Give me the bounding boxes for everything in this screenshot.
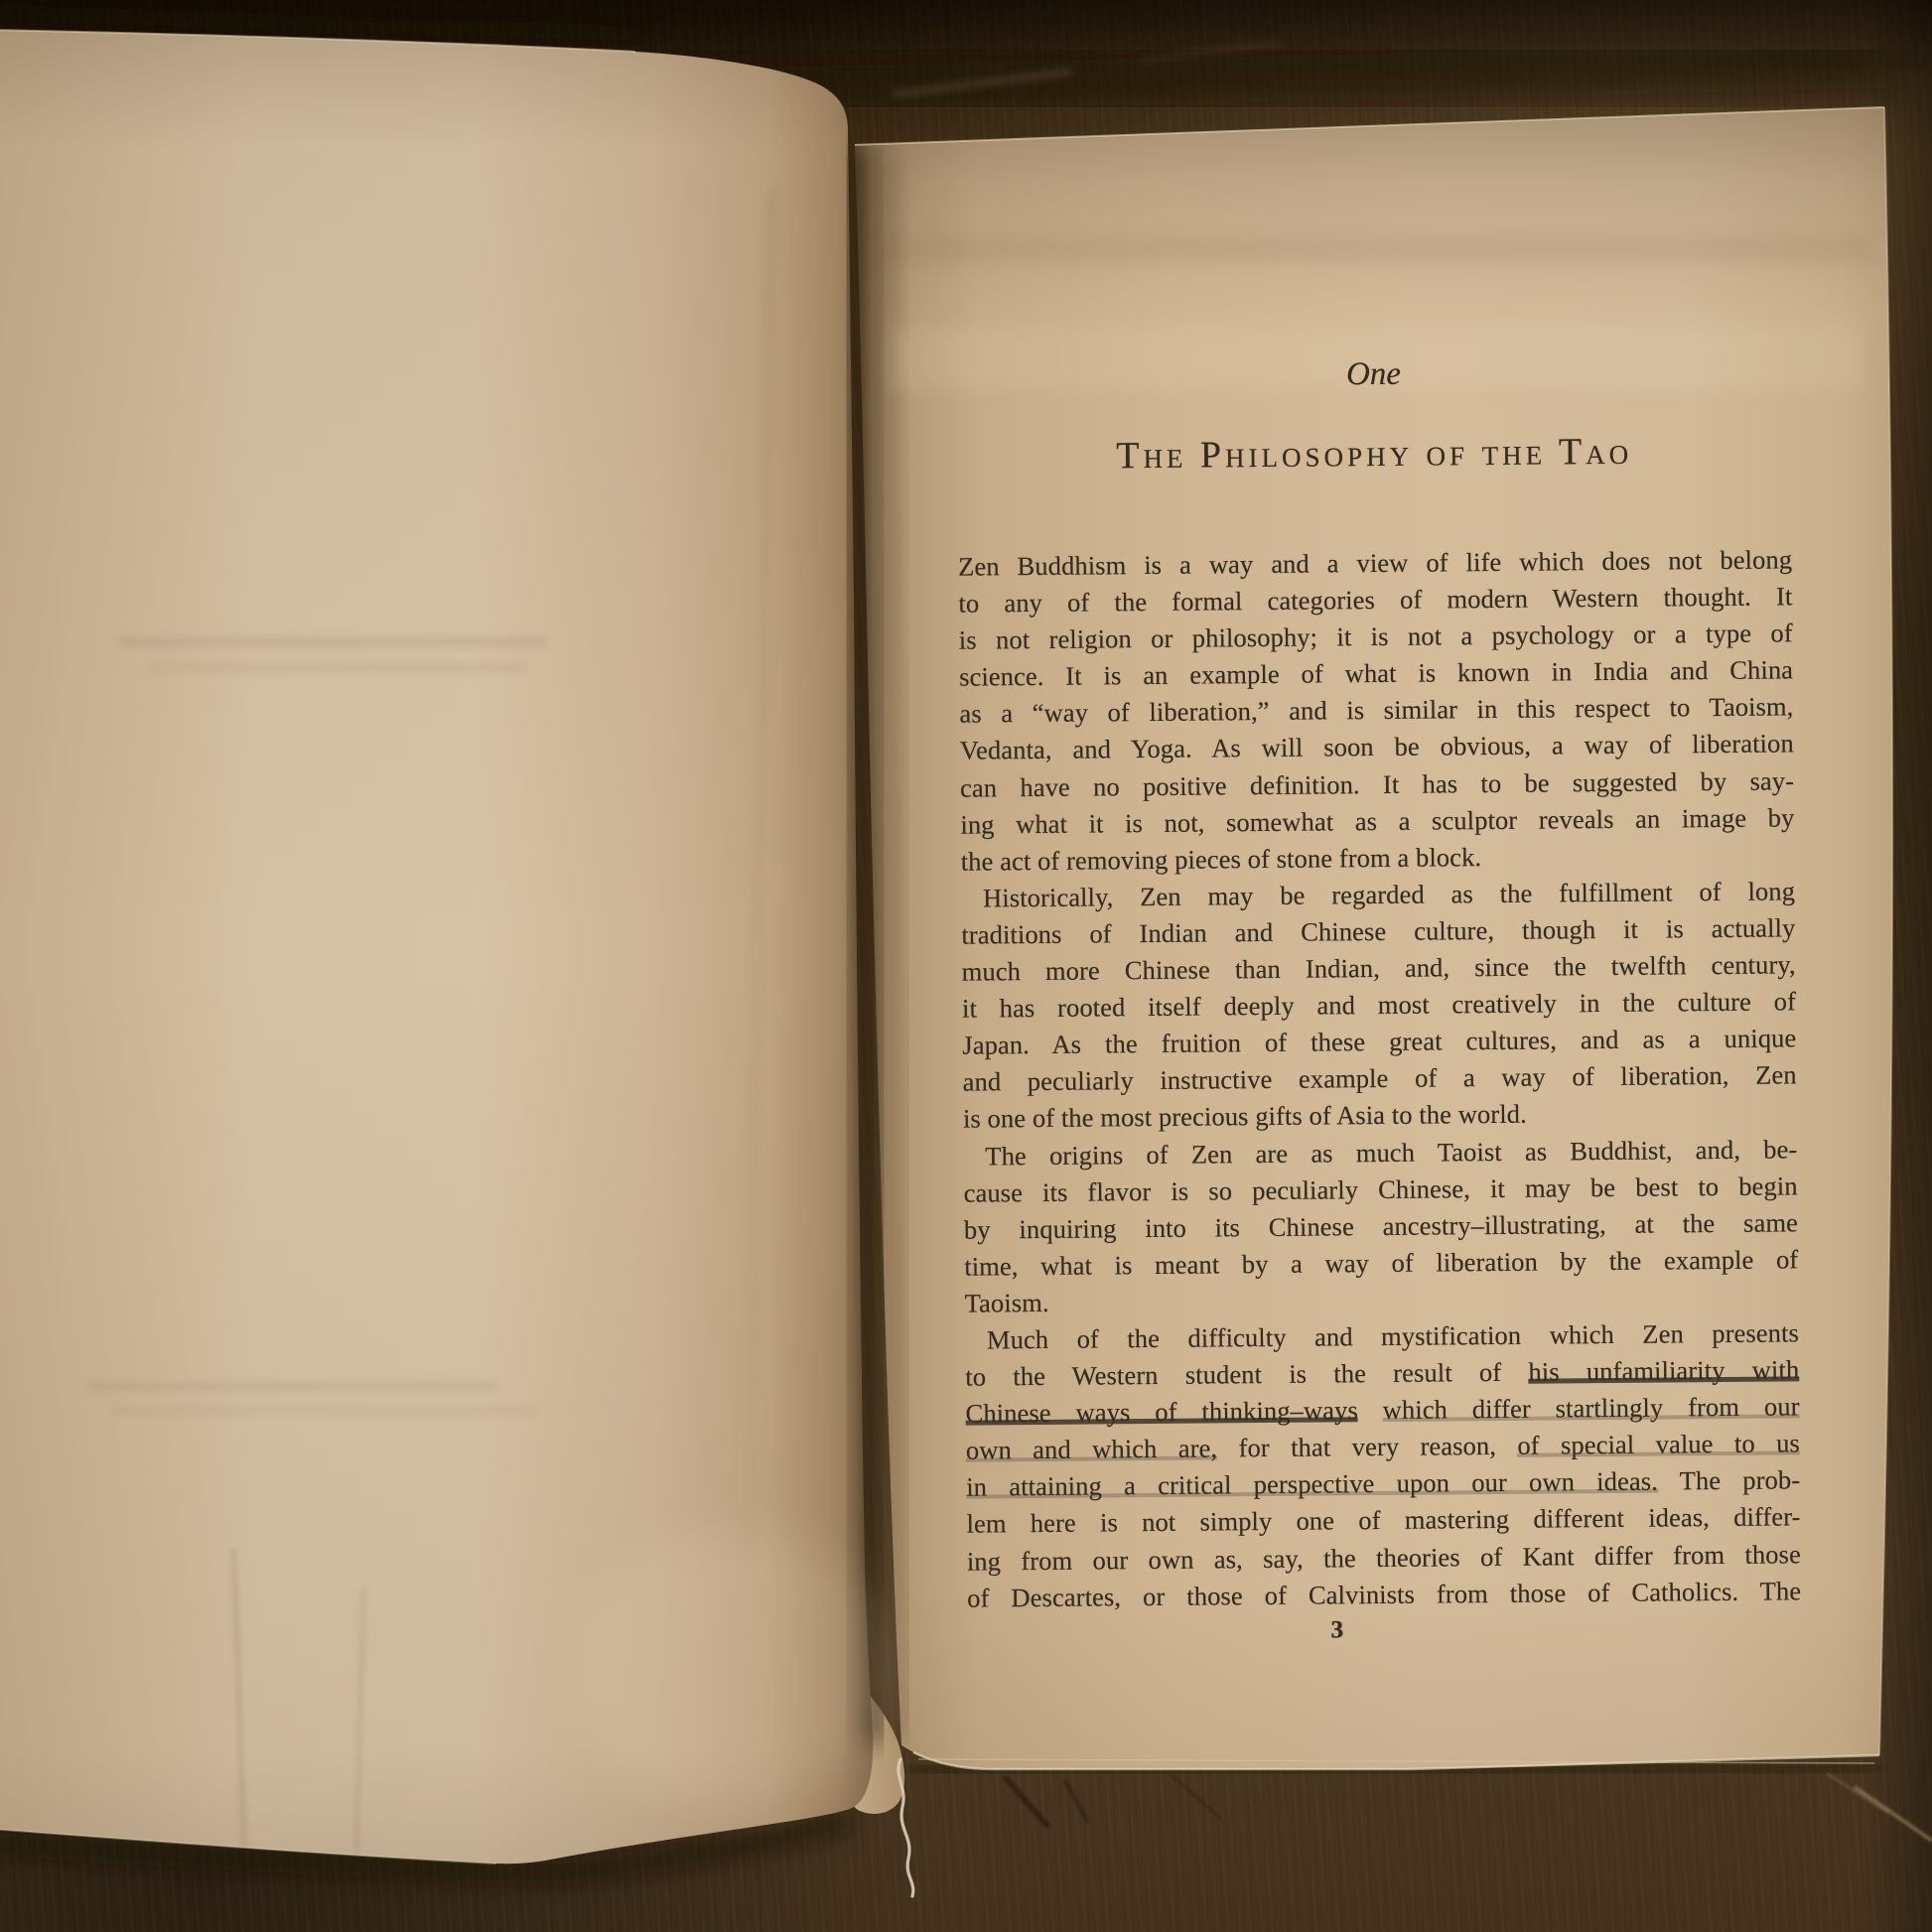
body-line: ing what it is not, somewhat as a sculpt… [960, 799, 1794, 843]
body-lines: Zen Buddhism is a way and a view of life… [958, 541, 1801, 1616]
pencil-underline-light: of special value to us [1517, 1429, 1800, 1460]
pencil-underline-dark: Chinese ways of thinking–ways [965, 1395, 1357, 1428]
chapter-title: The Philosophy of the Tao [957, 431, 1791, 476]
pencil-underline-light: own and which are, [966, 1434, 1218, 1465]
page-number: 3 [919, 1614, 1753, 1646]
right-page-text: One The Philosophy of the Tao Zen Buddhi… [953, 0, 1804, 1932]
pencil-underline-light: which differ startlingly from our [1383, 1391, 1800, 1425]
pencil-underline-dark: his unfamiliarity with [1528, 1354, 1799, 1386]
left-page-shading [0, 20, 884, 1876]
wood-scratch [1827, 1773, 1888, 1813]
left-page-top-shadow [0, 12, 635, 34]
body-line: time, what is meant by a way of liberati… [964, 1241, 1798, 1285]
chapter-number: One [956, 354, 1790, 394]
wood-scratch [1855, 1787, 1932, 1841]
body-line: of Descartes, or those of Calvinists fro… [967, 1573, 1801, 1616]
body-line: and peculiarly instructive example of a … [963, 1057, 1797, 1101]
photo-open-book: One The Philosophy of the Tao Zen Buddhi… [0, 0, 1932, 1932]
pencil-underline-light: in attaining a critical perspective upon… [966, 1466, 1658, 1502]
gutter-inner-shade [884, 159, 899, 1737]
